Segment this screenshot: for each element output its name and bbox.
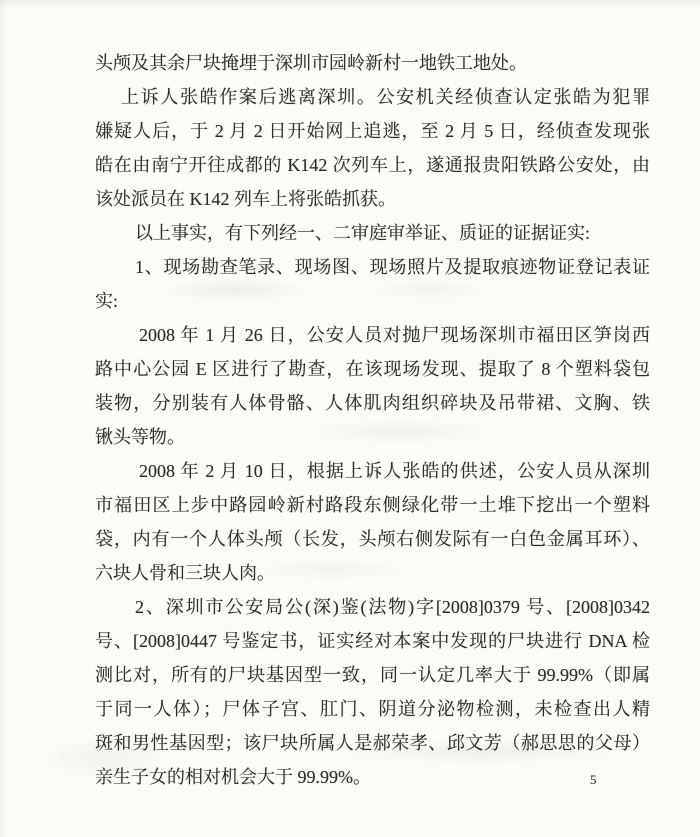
text-line-19: 测比对，所有的尸块基因型一致，同一认定几率大于 99.99%（即属 [95,658,650,692]
text-line-1: 头颅及其余尸块掩埋于深圳市园岭新村一地铁工地处。 [95,46,650,80]
text-line-4: 皓在由南宁开往成都的 K142 次列车上，遂通报贵阳铁路公安处，由 [95,148,650,182]
text-line-11: 装物，分别装有人体骨骼、人体肌肉组织碎块及吊带裙、文胸、铁 [95,386,650,420]
scanned-document-page: 头颅及其余尸块掩埋于深圳市园岭新村一地铁工地处。上诉人张皓作案后逃离深圳。公安机… [0,0,700,837]
text-line-12: 锹头等物。 [95,420,650,454]
text-line-10: 路中心公园 E 区进行了勘查，在该现场发现、提取了 8 个塑料袋包 [95,352,650,386]
text-line-14: 市福田区上步中路园岭新村路段东侧绿化带一土堆下挖出一个塑料 [95,488,650,522]
document-text-block: 头颅及其余尸块掩埋于深圳市园岭新村一地铁工地处。上诉人张皓作案后逃离深圳。公安机… [95,46,650,794]
page-number: 5 [590,772,597,788]
text-line-17: 2、深圳市公安局公(深)鉴(法物)字[2008]0379 号、[2008]034… [95,590,650,624]
text-line-5: 该处派员在 K142 列车上将张皓抓获。 [95,182,650,216]
text-line-18: 号、[2008]0447 号鉴定书，证实经对本案中发现的尸块进行 DNA 检 [95,624,650,658]
text-line-7: 1、现场勘查笔录、现场图、现场照片及提取痕迹物证登记表证 [95,250,650,284]
text-line-2: 上诉人张皓作案后逃离深圳。公安机关经侦查认定张皓为犯罪 [95,80,650,114]
text-line-21: 斑和男性基因型；该尸块所属人是郝荣孝、邱文芳（郝思思的父母） [95,726,650,760]
text-line-13: 2008 年 2 月 10 日，根据上诉人张皓的供述，公安人员从深圳 [95,454,650,488]
text-line-16: 六块人骨和三块人肉。 [95,556,650,590]
text-line-20: 于同一人体）；尸体子宫、肛门、阴道分泌物检测，未检查出人精 [95,692,650,726]
text-line-8: 实: [95,284,650,318]
text-line-15: 袋，内有一个人体头颅（长发，头颅右侧发际有一白色金属耳环）、 [95,522,650,556]
text-line-3: 嫌疑人后，于 2 月 2 日开始网上追逃，至 2 月 5 日，经侦查发现张 [95,114,650,148]
text-line-6: 以上事实，有下列经一、二审庭审举证、质证的证据证实: [95,216,650,250]
text-line-9: 2008 年 1 月 26 日，公安人员对抛尸现场深圳市福田区笋岗西 [95,318,650,352]
text-line-22: 亲生子女的相对机会大于 99.99%。 [95,760,650,794]
